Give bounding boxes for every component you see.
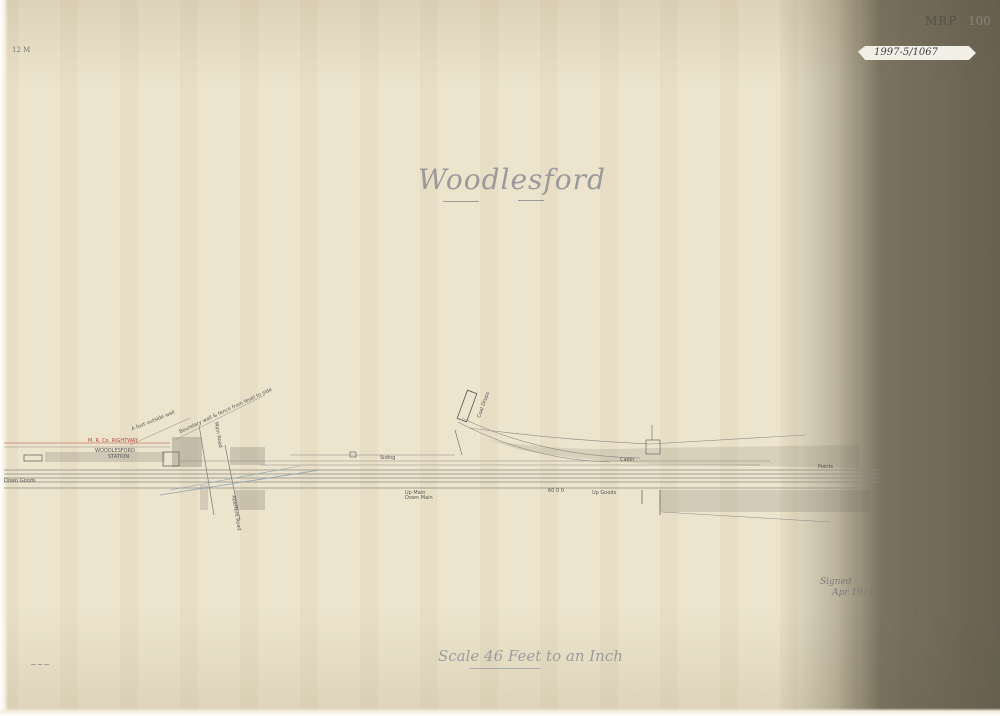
annotation-up-goods: Up Goods — [592, 490, 616, 496]
building-box — [24, 455, 42, 461]
scale-underline — [470, 668, 540, 669]
signature-date: Apr 1911 — [820, 588, 874, 599]
coal-drop-building — [457, 390, 477, 422]
annotation-down-main: Down Main — [405, 495, 433, 501]
signature-block: Signed Apr 1911 — [820, 577, 874, 599]
embankment-hatching — [660, 490, 870, 512]
annotation-points: Points — [818, 464, 833, 470]
map-sheet: MRP 100 1997-5/1067 12 M Woodlesford — [0, 0, 1000, 716]
pencil-scribble: ~~~ — [30, 660, 50, 669]
track-plan — [0, 0, 1000, 716]
line-name-label: M. R. Co. RIGHTWAY — [88, 438, 138, 444]
station-buildings — [172, 437, 202, 467]
scale-note: Scale 46 Feet to an Inch — [438, 647, 623, 665]
annotation-measure: 60 0 0 — [548, 488, 564, 494]
signature-text: Signed — [820, 577, 874, 588]
annotation-down-goods: Down Goods — [4, 478, 36, 484]
annotation-cabin: Cabin — [620, 457, 634, 463]
station-sub-label: STATION — [108, 454, 129, 460]
annotation-siding: Siding — [380, 455, 395, 461]
running-lines — [4, 470, 880, 488]
